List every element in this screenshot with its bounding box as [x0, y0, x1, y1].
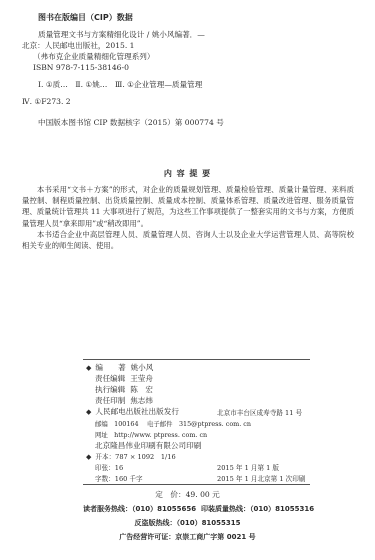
- credit-words: 字数：160 千字: [95, 474, 143, 484]
- cip-classification-1: Ⅰ. ①质… Ⅱ. ①姚… Ⅲ. ①企业管理—质量管理: [38, 80, 202, 90]
- summary-paragraph-2: 本书适合企业中高层管理人员、质量管理人员、咨询人士以及企业大学运营管理人员、高等…: [22, 229, 354, 251]
- credit-format: ◆开本：787 × 1092 1/16: [86, 452, 176, 462]
- summary-title: 内 容 提 要: [0, 168, 375, 179]
- credit-address: 北京市丰台区成寿寺路 11 号: [217, 408, 302, 418]
- credit-author: ◆编 著 姚小风: [86, 363, 153, 373]
- credit-website: 网址 http://www. ptpress. com. cn: [95, 430, 207, 440]
- credit-edition: 2015 年 1 月第 1 版: [217, 463, 279, 473]
- cip-isbn: ISBN 978-7-115-38146-0: [33, 63, 129, 73]
- credit-postcode: 邮编 100164: [95, 419, 139, 429]
- diamond-bullet-icon: ◆: [86, 408, 91, 416]
- credit-printing: 2015 年 1 月北京第 1 次印刷: [217, 474, 305, 484]
- piracy-hotline: 反盗版热线：（010）81055315: [0, 518, 375, 528]
- cip-heading: 图书在版编目（CIP）数据: [38, 13, 133, 23]
- cip-classification-2: Ⅳ. ①F273. 2: [22, 97, 71, 107]
- cip-series-line: （弗布克企业质量精细化管理系列）: [33, 52, 155, 62]
- credit-exec-editor: 执行编辑 陈 宏: [95, 385, 153, 395]
- cip-title-line: 质量管理文书与方案精细化设计 / 姚小风编著．—: [38, 30, 205, 40]
- credit-publisher: ◆人民邮电出版社出版发行: [86, 407, 179, 417]
- divider-bottom: [83, 484, 310, 485]
- credit-editor: 责任编辑 王莹舟: [95, 374, 153, 384]
- credit-email: 电子邮件 315@ptpress. com. cn: [147, 419, 251, 429]
- cip-publisher-line: 北京：人民邮电出版社，2015. 1: [22, 41, 135, 51]
- divider-top: [83, 359, 310, 360]
- summary-paragraph-1: 本书采用“文书＋方案”的形式，对企业的质量规划管理、质量检验管理、质量计量管理、…: [22, 184, 354, 229]
- credit-printer: 北京隆昌伟业印刷有限公司印刷: [95, 441, 201, 451]
- cip-record-number: 中国版本图书馆 CIP 数据核字（2015）第 000774 号: [38, 118, 224, 128]
- quality-hotline: 印装质量热线：（010）81055316: [201, 504, 314, 514]
- credit-print: 责任印制 焦志炜: [95, 396, 153, 406]
- ad-license: 广告经营许可证：京崇工商广字第 0021 号: [0, 532, 375, 542]
- diamond-bullet-icon: ◆: [86, 364, 91, 372]
- price: 定 价：49. 00 元: [0, 490, 375, 500]
- credit-sheets: 印张：16: [95, 463, 123, 473]
- diamond-bullet-icon: ◆: [86, 453, 91, 461]
- reader-hotline: 读者服务热线：（010）81055656: [83, 504, 196, 514]
